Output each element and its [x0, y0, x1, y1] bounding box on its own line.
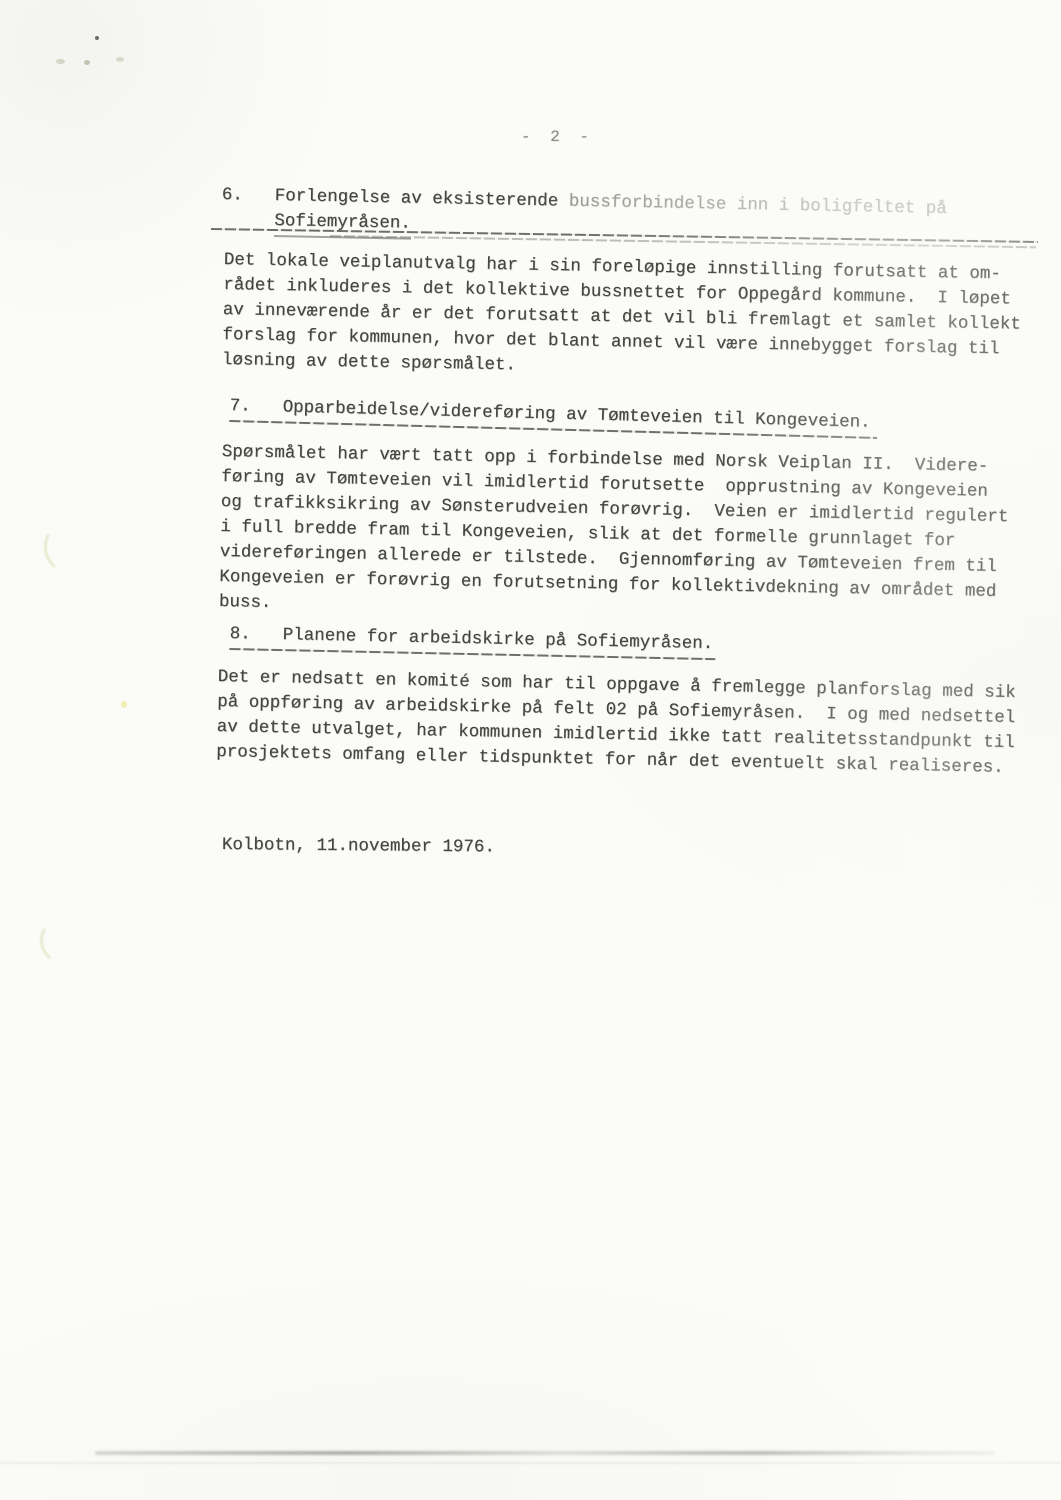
section-6-paragraph: Det lokale veiplanutvalg har i sin forel… [222, 248, 1061, 388]
dateline: Kolbotn, 11.november 1976. [222, 833, 495, 860]
page-number: - 2 - [521, 128, 594, 146]
section-8-paragraph: Det er nedsatt en komité som har til opp… [216, 665, 1061, 782]
hole-punch-mark [36, 916, 83, 966]
section-6-title-part-a: Forlengelse av eksisterende [275, 186, 569, 212]
hole-punch-mark [40, 521, 88, 575]
scan-smudge-line [95, 1451, 995, 1455]
ink-speck [95, 36, 99, 40]
section-7-number: 7. [229, 394, 283, 420]
section-7-heading: 7. Opparbeidelse/videreføring av Tømteve… [229, 394, 878, 439]
section-8-number: 8. [229, 622, 283, 648]
scanned-document-page: - 2 - 6. Forlengelse av eksisterende bus… [0, 0, 1061, 1500]
ink-speck [84, 60, 90, 65]
ink-speck [56, 59, 65, 64]
ink-speck [121, 701, 127, 708]
ink-speck [116, 57, 124, 62]
section-7-paragraph: Spørsmålet har vært tatt opp i forbindel… [219, 440, 1061, 631]
scan-smudge-line-faint [0, 1462, 1061, 1464]
section-6-number: 6. [222, 183, 275, 209]
section-6-title-part-b: bussforbindelse inn i boligfeltet på [569, 192, 947, 219]
section-8-heading: 8. Planene for arbeidskirke på Sofiemyrå… [229, 622, 715, 660]
dateline-text: Kolbotn, 11.november 1976. [222, 833, 495, 860]
